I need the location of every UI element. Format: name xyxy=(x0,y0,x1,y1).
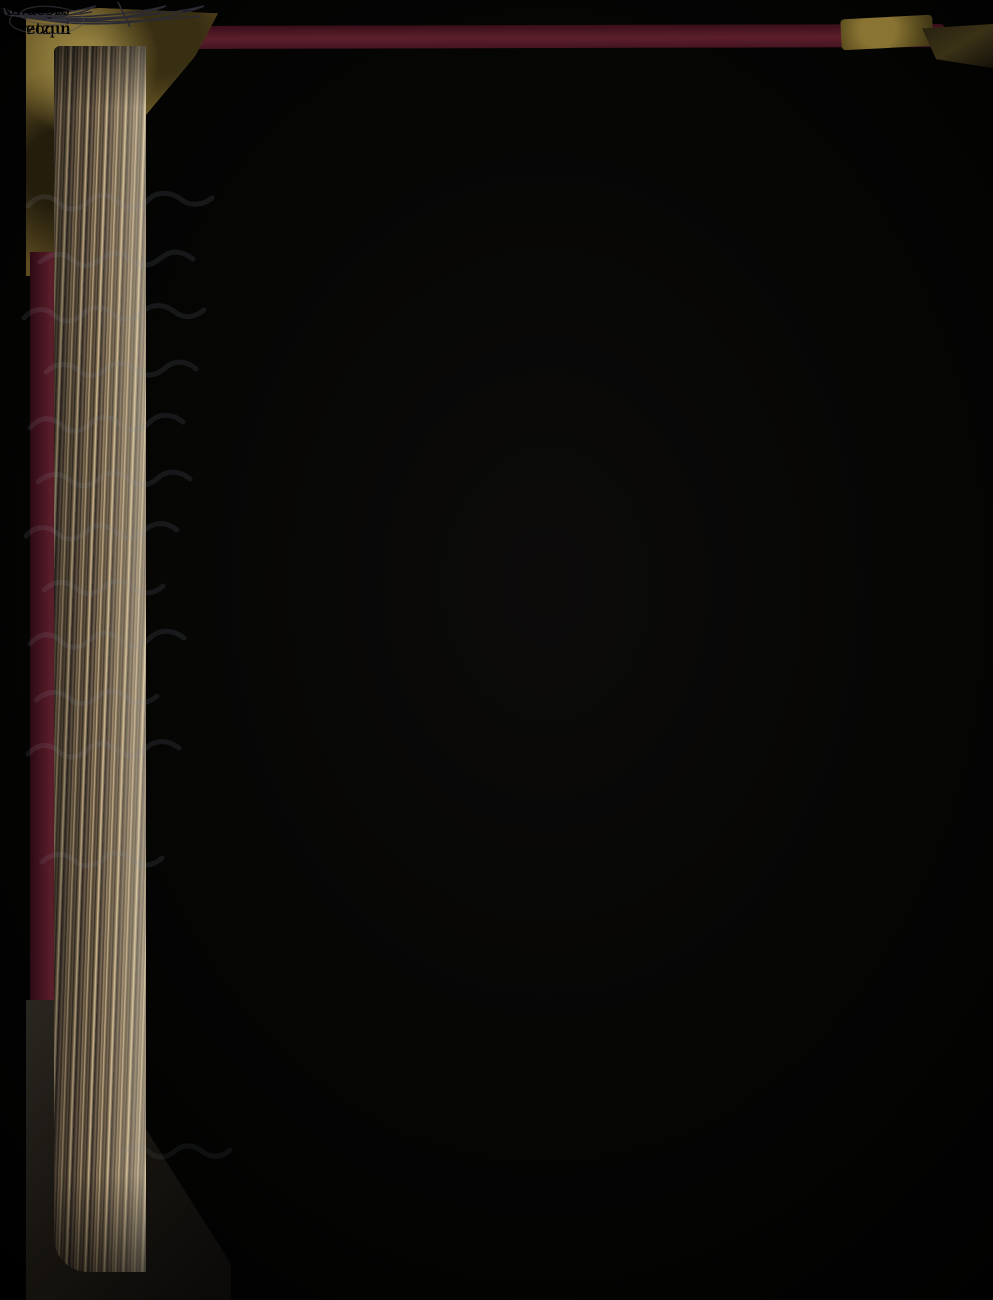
book-cover-dark-top-right xyxy=(922,24,993,68)
foxing-spot xyxy=(690,708,705,723)
foxing-spot xyxy=(708,680,727,699)
signature-rubric-flourish xyxy=(0,0,110,40)
foxing-spot xyxy=(678,1040,691,1053)
foxing-spot xyxy=(720,538,733,551)
foxing-spot xyxy=(368,890,378,900)
foxing-spot xyxy=(218,926,231,939)
foxing-spot xyxy=(728,726,740,738)
foxing-spot xyxy=(196,1092,208,1104)
foxing-spot xyxy=(776,788,793,805)
foxing-spot xyxy=(686,946,699,959)
foxing-spot xyxy=(700,910,717,927)
foxing-spot xyxy=(648,880,660,892)
scanned-manuscript-photo: 08 del tejado dela Casa Consistorial que… xyxy=(0,0,993,1300)
foxing-spot xyxy=(130,246,147,263)
foxing-spot xyxy=(146,456,158,468)
gray-smudge xyxy=(86,134,112,160)
foxing-spot xyxy=(420,912,432,924)
foxing-spot xyxy=(94,200,107,213)
verso-show-through-ghost-text xyxy=(0,0,812,1222)
book-cover-gold-corner-right xyxy=(840,15,933,51)
foxing-spot xyxy=(763,1168,775,1180)
foxing-spot xyxy=(158,662,171,675)
